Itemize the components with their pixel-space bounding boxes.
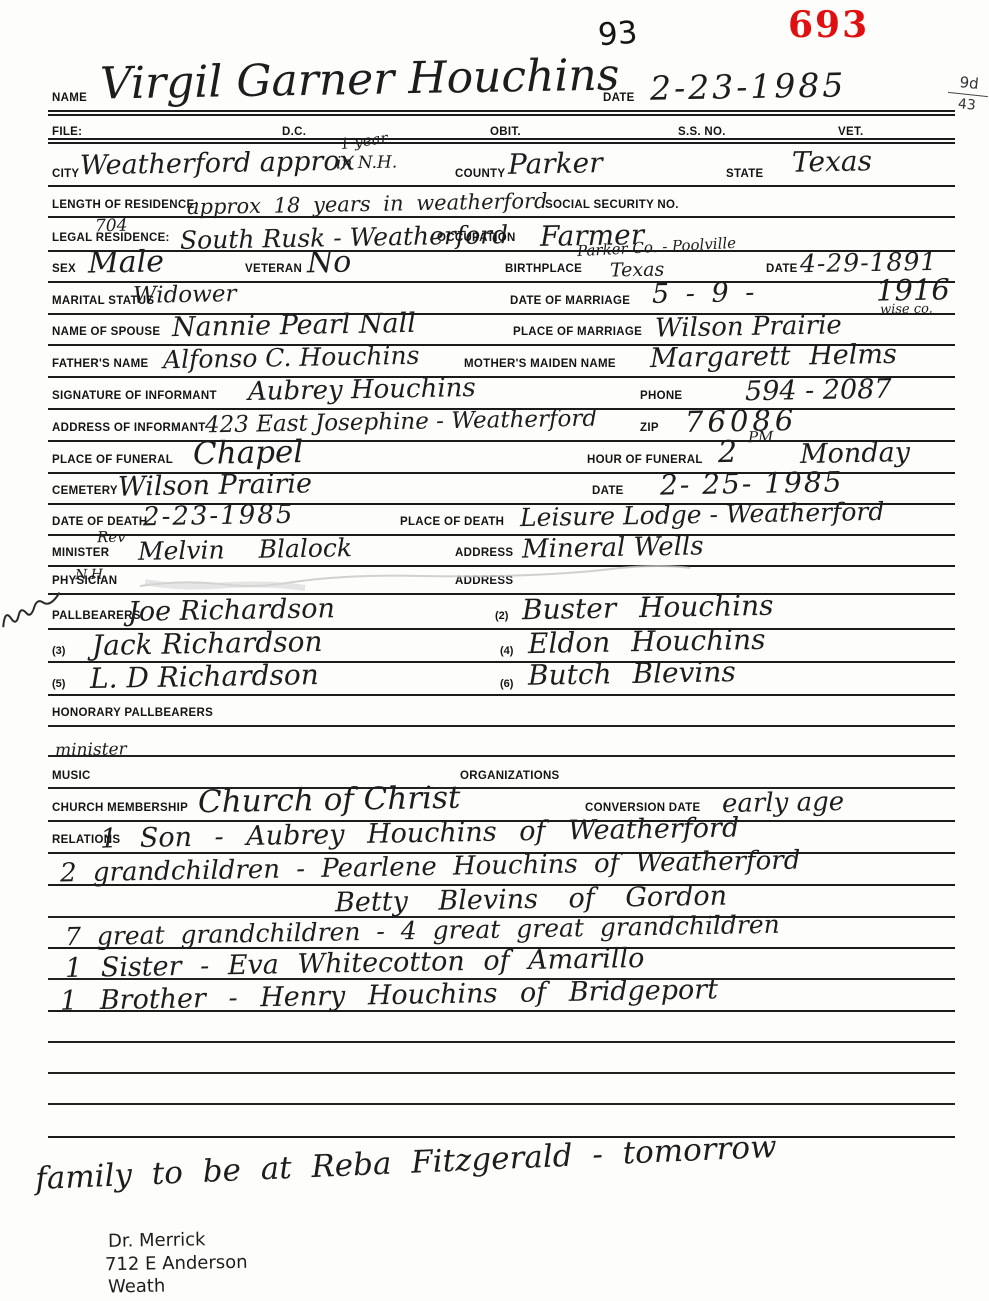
marriage-date-label: DATE OF MARRIAGE xyxy=(510,295,630,307)
place-of-funeral-label: PLACE OF FUNERAL xyxy=(52,454,173,466)
rule xyxy=(48,1072,955,1074)
informant-address-label: ADDRESS OF INFORMANT xyxy=(52,422,206,434)
doctor-name-note: Dr. Merrick xyxy=(108,1231,206,1251)
ssn-label: SOCIAL SECURITY NO. xyxy=(545,199,679,211)
residence-value: approx 18 years in weatherford xyxy=(187,191,548,218)
rule xyxy=(48,185,955,187)
margin-reference-note: 9d 43 xyxy=(946,72,989,115)
place-of-marriage-value: Wilson Prairie xyxy=(655,312,842,341)
cemetery-value: Wilson Prairie xyxy=(118,470,312,500)
file-label: FILE: xyxy=(52,126,82,138)
funeral-hour-value: 2 xyxy=(718,438,738,468)
date-of-death-value: 2-23-1985 xyxy=(143,502,295,531)
birthplace-label: BIRTHPLACE xyxy=(505,263,582,275)
birth-date-label: DATE xyxy=(766,263,798,275)
marital-status-value: Widower xyxy=(133,283,237,308)
county-label: COUNTY xyxy=(455,168,505,180)
church-membership-value: Church of Christ xyxy=(198,783,461,819)
pallbearer-4-number: (4) xyxy=(500,645,513,657)
pallbearer-2-number: (2) xyxy=(495,610,508,622)
scanned-death-record-form: 93 693 9d 43 NAME Virgil Garner Houchins… xyxy=(0,0,989,1301)
rule xyxy=(48,725,955,727)
sex-label: SEX xyxy=(52,263,76,275)
city-note-bottom: in N.H. xyxy=(336,154,398,172)
minister-prefix: Rev xyxy=(97,530,126,545)
city-label: CITY xyxy=(52,168,79,180)
minister-address-value: Mineral Wells xyxy=(522,533,704,562)
conversion-date-value: early age xyxy=(722,789,845,817)
rule xyxy=(48,138,955,140)
place-of-death-label: PLACE OF DEATH xyxy=(400,516,504,528)
phone-label: PHONE xyxy=(640,390,682,402)
funeral-ampm-value: PM xyxy=(748,430,774,445)
vet-label: VET. xyxy=(838,126,864,138)
birthplace-value: Texas xyxy=(610,261,665,281)
honorary-pallbearers-label: HONORARY PALLBEARERS xyxy=(52,707,213,719)
pallbearer-6: Butch Blevins xyxy=(528,658,736,690)
spouse-label: NAME OF SPOUSE xyxy=(52,326,160,338)
music-handwritten-note: minister xyxy=(55,741,127,759)
mother-maiden-label: MOTHER'S MAIDEN NAME xyxy=(464,358,616,370)
rule xyxy=(48,1041,955,1043)
funeral-day-value: Monday xyxy=(800,439,910,468)
informant-address-value: 423 East Josephine - Weatherford xyxy=(205,408,597,438)
rule xyxy=(48,694,955,696)
pallbearer-1: Joe Richardson xyxy=(128,595,335,626)
pallbearer-6-number: (6) xyxy=(500,678,513,690)
rule xyxy=(48,755,955,757)
father-name-label: FATHER'S NAME xyxy=(52,358,149,370)
pallbearer-2: Buster Houchins xyxy=(522,592,774,624)
father-name-value: Alfonso C. Houchins xyxy=(163,343,420,372)
state-value: Texas xyxy=(792,147,872,176)
rule xyxy=(48,110,955,112)
page-number-handwritten: 93 xyxy=(597,15,639,54)
date-value: 2-23-1985 xyxy=(650,68,847,104)
residence-label: LENGTH OF RESIDENCE: xyxy=(52,199,199,211)
place-of-death-value: Leisure Lodge - Weatherford xyxy=(520,499,885,530)
doctor-address-note: 712 E Anderson xyxy=(105,1254,248,1274)
doctor-city-note: Weath xyxy=(108,1278,166,1297)
city-value: Weatherford approx xyxy=(80,148,355,180)
obit-label: OBIT. xyxy=(490,126,521,138)
county-value: Parker xyxy=(508,149,603,179)
name-value: Virgil Garner Houchins xyxy=(100,53,620,106)
place-of-funeral-value: Chapel xyxy=(193,437,304,470)
legal-residence-label: LEGAL RESIDENCE: xyxy=(52,232,170,244)
hour-of-funeral-label: HOUR OF FUNERAL xyxy=(587,454,703,466)
name-label: NAME xyxy=(52,92,87,104)
church-membership-label: CHURCH MEMBERSHIP xyxy=(52,802,188,814)
organizations-label: ORGANIZATIONS xyxy=(460,770,560,782)
conversion-date-label: CONVERSION DATE xyxy=(585,802,700,814)
place-of-marriage-label: PLACE OF MARRIAGE xyxy=(513,326,642,338)
music-label: MUSIC xyxy=(52,770,91,782)
cemetery-label: CEMETERY xyxy=(52,485,118,497)
pallbearer-3-number: (3) xyxy=(52,645,65,657)
rule xyxy=(48,216,955,218)
spouse-value: Nannie Pearl Nall xyxy=(172,310,416,341)
informant-signature-value: Aubrey Houchins xyxy=(248,375,476,405)
physician-label: PHYSICIAN xyxy=(52,575,117,587)
sex-value: Male xyxy=(88,247,164,278)
pallbearer-4: Eldon Houchins xyxy=(528,626,766,658)
zip-value: 76086 xyxy=(685,406,798,437)
phone-value: 594 - 2087 xyxy=(745,376,892,406)
ssno-label: S.S. NO. xyxy=(678,126,726,138)
burial-date-value: 2- 25- 1985 xyxy=(660,468,844,499)
document-number-stamp: 693 xyxy=(788,4,869,46)
zip-label: ZIP xyxy=(640,422,659,434)
marriage-date-value: 5 - 9 - xyxy=(652,279,759,308)
pallbearer-5: L. D Richardson xyxy=(90,661,319,693)
date-of-death-label: DATE OF DEATH xyxy=(52,516,147,528)
pallbearer-5-number: (5) xyxy=(52,678,65,690)
rule xyxy=(48,1103,955,1105)
pallbearer-3: Jack Richardson xyxy=(92,628,323,660)
rule xyxy=(48,1136,955,1138)
occupation-label: OCCUPATION xyxy=(437,232,516,244)
dc-label: D.C. xyxy=(282,126,306,138)
city-note-top: 1 year xyxy=(339,131,388,153)
veteran-label: VETERAN xyxy=(245,263,302,275)
footer-family-note: family to be at Reba Fitzgerald - tomorr… xyxy=(35,1132,778,1195)
informant-signature-label: SIGNATURE OF INFORMANT xyxy=(52,390,217,402)
veteran-value: No xyxy=(307,248,352,279)
wise-county-note: wise co. xyxy=(880,303,933,317)
mother-maiden-value: Margarett Helms xyxy=(650,341,897,372)
burial-date-label: DATE xyxy=(592,485,624,497)
date-label: DATE xyxy=(603,92,635,104)
physician-erased-scribble xyxy=(135,560,695,595)
minister-label: MINISTER xyxy=(52,547,109,559)
minister-address-label: ADDRESS xyxy=(455,547,513,559)
state-label: STATE xyxy=(726,168,764,180)
